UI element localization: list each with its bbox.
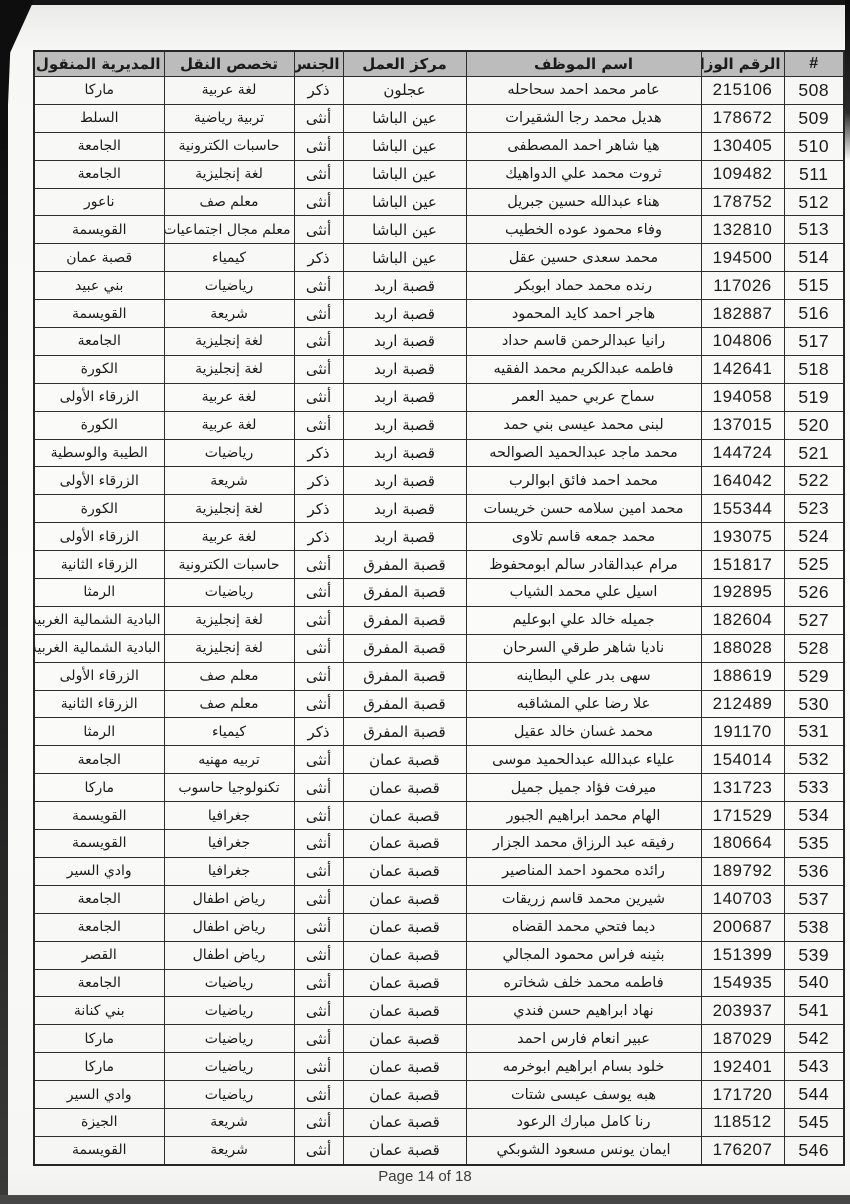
cell-ministry-number: 104806 [701,328,784,356]
table-row: 530212489علا رضا علي المشاقبهقصبة المفرق… [34,690,844,718]
cell-gender: أنثى [294,132,343,160]
cell-work-center: قصبة اربد [343,439,466,467]
cell-gender: أنثى [294,913,343,941]
header-gender: الجنس [294,51,343,77]
cell-gender: أنثى [294,690,343,718]
cell-directorate: الكورة [34,495,164,523]
cell-serial: 523 [784,495,844,523]
scan-edge-bottom [0,1195,850,1204]
cell-gender: أنثى [294,1053,343,1081]
cell-serial: 537 [784,885,844,913]
cell-employee-name: محمد غسان خالد عقيل [466,718,701,746]
cell-gender: أنثى [294,355,343,383]
cell-gender: أنثى [294,802,343,830]
cell-employee-name: رفيقه عبد الرزاق محمد الجزار [466,830,701,858]
cell-gender: ذكر [294,77,343,105]
cell-ministry-number: 118512 [701,1108,784,1136]
cell-directorate: القويسمة [34,300,164,328]
cell-ministry-number: 155344 [701,495,784,523]
table-row: 527182604جميله خالد علي ابوعليمقصبة المف… [34,606,844,634]
cell-specialization: كيمياء [164,718,294,746]
cell-ministry-number: 132810 [701,216,784,244]
cell-specialization: رياضيات [164,969,294,997]
cell-employee-name: وفاء محمود عوده الخطيب [466,216,701,244]
cell-employee-name: رائده محمود احمد المناصير [466,857,701,885]
cell-employee-name: هيا شاهر احمد المصطفى [466,132,701,160]
cell-serial: 524 [784,523,844,551]
cell-gender: أنثى [294,969,343,997]
cell-specialization: جغرافيا [164,802,294,830]
cell-employee-name: محمد جمعه قاسم تلاوى [466,523,701,551]
cell-work-center: عين الباشا [343,244,466,272]
teacher-transfer-table: # الرقم الوزاري اسم الموظف مركز العمل ال… [33,50,845,1166]
cell-specialization: لغة إنجليزية [164,634,294,662]
cell-employee-name: شيرين محمد قاسم زريقات [466,885,701,913]
cell-specialization: رياضيات [164,1053,294,1081]
cell-ministry-number: 200687 [701,913,784,941]
cell-specialization: تكنولوجيا حاسوب [164,774,294,802]
cell-directorate: القويسمة [34,1136,164,1164]
cell-employee-name: محمد سعدى حسين عقل [466,244,701,272]
cell-directorate: الكورة [34,355,164,383]
cell-ministry-number: 187029 [701,1025,784,1053]
cell-ministry-number: 194500 [701,244,784,272]
header-directorate: المديرية المنقول إليها [34,51,164,77]
cell-serial: 516 [784,300,844,328]
cell-employee-name: هديل محمد رجا الشقيرات [466,104,701,132]
scan-corner-top-left [0,0,34,150]
cell-gender: ذكر [294,523,343,551]
cell-employee-name: علا رضا علي المشاقبه [466,690,701,718]
cell-directorate: وادي السير [34,857,164,885]
cell-work-center: عين الباشا [343,216,466,244]
cell-employee-name: محمد امين سلامه حسن خريسات [466,495,701,523]
cell-specialization: معلم صف [164,188,294,216]
cell-work-center: قصبة عمان [343,774,466,802]
cell-gender: أنثى [294,885,343,913]
table-row: 516182887هاجر احمد كايد المحمودقصبة اربد… [34,300,844,328]
cell-gender: أنثى [294,830,343,858]
cell-work-center: عين الباشا [343,132,466,160]
table-row: 534171529الهام محمد ابراهيم الجبورقصبة ع… [34,802,844,830]
cell-work-center: قصبة المفرق [343,634,466,662]
table-row: 545118512رنا كامل مبارك الرعودقصبة عمانأ… [34,1108,844,1136]
cell-work-center: قصبة اربد [343,300,466,328]
cell-serial: 546 [784,1136,844,1164]
cell-specialization: معلم صف [164,662,294,690]
table-row: 523155344محمد امين سلامه حسن خريساتقصبة … [34,495,844,523]
cell-gender: أنثى [294,383,343,411]
cell-directorate: القصر [34,941,164,969]
cell-serial: 538 [784,913,844,941]
cell-serial: 529 [784,662,844,690]
table-row: 522164042محمد احمد فائق ابوالربقصبة اربد… [34,467,844,495]
cell-directorate: الجامعة [34,160,164,188]
cell-work-center: قصبة اربد [343,495,466,523]
cell-serial: 536 [784,857,844,885]
cell-directorate: القويسمة [34,216,164,244]
cell-gender: أنثى [294,551,343,579]
cell-gender: أنثى [294,272,343,300]
cell-serial: 517 [784,328,844,356]
cell-gender: أنثى [294,1108,343,1136]
cell-directorate: الطيبة والوسطية [34,439,164,467]
cell-work-center: قصبة عمان [343,885,466,913]
cell-specialization: رياض اطفال [164,885,294,913]
cell-work-center: قصبة عمان [343,1136,466,1164]
table-row: 519194058سماح عربي حميد العمرقصبة اربدأن… [34,383,844,411]
table-header-row: # الرقم الوزاري اسم الموظف مركز العمل ال… [34,51,844,77]
cell-specialization: شريعة [164,300,294,328]
cell-directorate: الجيزة [34,1108,164,1136]
cell-work-center: قصبة المفرق [343,662,466,690]
cell-work-center: قصبة عمان [343,969,466,997]
table-row: 526192895اسيل علي محمد الشيابقصبة المفرق… [34,579,844,607]
table-row: 543192401خلود بسام ابراهيم ابوخرمهقصبة ع… [34,1053,844,1081]
cell-specialization: تربيه مهنيه [164,746,294,774]
table-row: 536189792رائده محمود احمد المناصيرقصبة ع… [34,857,844,885]
cell-directorate: الزرقاء الثانية [34,690,164,718]
table-row: 514194500محمد سعدى حسين عقلعين الباشاذكر… [34,244,844,272]
cell-specialization: رياضيات [164,1081,294,1109]
cell-specialization: لغة عربية [164,523,294,551]
cell-gender: أنثى [294,1136,343,1164]
table-row: 546176207ايمان يونس مسعود الشوبكيقصبة عم… [34,1136,844,1164]
cell-employee-name: سماح عربي حميد العمر [466,383,701,411]
cell-serial: 532 [784,746,844,774]
cell-directorate: الزرقاء الثانية [34,551,164,579]
cell-specialization: رياضيات [164,272,294,300]
cell-gender: أنثى [294,160,343,188]
cell-directorate: الرمثا [34,718,164,746]
cell-directorate: الجامعة [34,913,164,941]
cell-serial: 511 [784,160,844,188]
cell-serial: 508 [784,77,844,105]
cell-serial: 510 [784,132,844,160]
cell-directorate: البادية الشمالية الغربية [34,634,164,662]
cell-work-center: قصبة اربد [343,328,466,356]
cell-serial: 544 [784,1081,844,1109]
cell-employee-name: هبه يوسف عيسى شتات [466,1081,701,1109]
table-row: 525151817مرام عبدالقادر سالم ابومحفوظقصب… [34,551,844,579]
cell-gender: ذكر [294,467,343,495]
cell-ministry-number: 154014 [701,746,784,774]
table-row: 515117026رنده محمد حماد ابوبكرقصبة اربدأ… [34,272,844,300]
cell-ministry-number: 188619 [701,662,784,690]
cell-employee-name: ميرفت فؤاد جميل جميل [466,774,701,802]
cell-ministry-number: 164042 [701,467,784,495]
cell-directorate: ماركا [34,1053,164,1081]
cell-serial: 519 [784,383,844,411]
cell-work-center: قصبة عمان [343,1053,466,1081]
cell-work-center: قصبة اربد [343,272,466,300]
cell-serial: 522 [784,467,844,495]
cell-employee-name: مرام عبدالقادر سالم ابومحفوظ [466,551,701,579]
cell-ministry-number: 142641 [701,355,784,383]
cell-specialization: كيمياء [164,244,294,272]
cell-gender: ذكر [294,244,343,272]
cell-ministry-number: 176207 [701,1136,784,1164]
cell-gender: أنثى [294,1025,343,1053]
table-row: 541203937نهاد ابراهيم حسن فنديقصبة عمانأ… [34,997,844,1025]
table-row: 509178672هديل محمد رجا الشقيراتعين الباش… [34,104,844,132]
cell-gender: أنثى [294,634,343,662]
cell-directorate: ناعور [34,188,164,216]
cell-specialization: لغة إنجليزية [164,328,294,356]
cell-serial: 515 [784,272,844,300]
cell-serial: 514 [784,244,844,272]
cell-ministry-number: 171529 [701,802,784,830]
cell-directorate: ماركا [34,774,164,802]
cell-gender: ذكر [294,439,343,467]
cell-specialization: رياضيات [164,1025,294,1053]
cell-work-center: قصبة المفرق [343,551,466,579]
table-row: 540154935فاطمه محمد خلف شخاترهقصبة عمانأ… [34,969,844,997]
cell-specialization: رياضيات [164,439,294,467]
cell-specialization: رياض اطفال [164,941,294,969]
cell-serial: 539 [784,941,844,969]
cell-work-center: قصبة عمان [343,941,466,969]
cell-specialization: جغرافيا [164,830,294,858]
cell-serial: 509 [784,104,844,132]
cell-ministry-number: 194058 [701,383,784,411]
cell-directorate: بني عبيد [34,272,164,300]
cell-specialization: جغرافيا [164,857,294,885]
cell-ministry-number: 192895 [701,579,784,607]
header-work-center: مركز العمل [343,51,466,77]
cell-gender: أنثى [294,188,343,216]
table-row: 510130405هيا شاهر احمد المصطفىعين الباشا… [34,132,844,160]
cell-gender: أنثى [294,328,343,356]
cell-employee-name: جميله خالد علي ابوعليم [466,606,701,634]
cell-ministry-number: 215106 [701,77,784,105]
cell-serial: 527 [784,606,844,634]
table-row: 537140703شيرين محمد قاسم زريقاتقصبة عمان… [34,885,844,913]
cell-work-center: قصبة عمان [343,1108,466,1136]
cell-gender: أنثى [294,941,343,969]
cell-employee-name: رانيا عبدالرحمن قاسم حداد [466,328,701,356]
cell-gender: ذكر [294,495,343,523]
cell-serial: 521 [784,439,844,467]
table-row: 544171720هبه يوسف عيسى شتاتقصبة عمانأنثى… [34,1081,844,1109]
cell-ministry-number: 189792 [701,857,784,885]
cell-specialization: شريعة [164,1108,294,1136]
table-row: 508215106عامر محمد احمد سحاحلهعجلونذكرلغ… [34,77,844,105]
table-row: 518142641فاطمه عبدالكريم محمد الفقيهقصبة… [34,355,844,383]
cell-serial: 534 [784,802,844,830]
cell-ministry-number: 109482 [701,160,784,188]
table-row: 511109482ثروت محمد علي الدواهيكعين الباش… [34,160,844,188]
cell-directorate: البادية الشمالية الغربية [34,606,164,634]
scan-edge-left [0,0,8,1204]
cell-work-center: قصبة عمان [343,913,466,941]
cell-employee-name: ايمان يونس مسعود الشوبكي [466,1136,701,1164]
cell-directorate: القويسمة [34,830,164,858]
table-row: 512178752هناء عبدالله حسين جبريلعين البا… [34,188,844,216]
cell-ministry-number: 151399 [701,941,784,969]
cell-specialization: لغة عربية [164,77,294,105]
table-row: 532154014علياء عبدالله عبدالحميد موسىقصب… [34,746,844,774]
cell-directorate: الزرقاء الأولى [34,383,164,411]
cell-specialization: شريعة [164,467,294,495]
table-row: 517104806رانيا عبدالرحمن قاسم حدادقصبة ا… [34,328,844,356]
cell-ministry-number: 182604 [701,606,784,634]
cell-specialization: لغة إنجليزية [164,160,294,188]
cell-gender: أنثى [294,216,343,244]
cell-gender: أنثى [294,606,343,634]
cell-gender: أنثى [294,662,343,690]
cell-gender: أنثى [294,104,343,132]
cell-employee-name: اسيل علي محمد الشياب [466,579,701,607]
cell-serial: 545 [784,1108,844,1136]
table-row: 520137015لبنى محمد عيسى بني حمدقصبة اربد… [34,411,844,439]
cell-specialization: رياضيات [164,579,294,607]
cell-gender: ذكر [294,718,343,746]
cell-directorate: الزرقاء الأولى [34,467,164,495]
cell-directorate: بني كنانة [34,997,164,1025]
cell-work-center: عين الباشا [343,188,466,216]
cell-gender: أنثى [294,1081,343,1109]
cell-work-center: قصبة عمان [343,857,466,885]
cell-serial: 541 [784,997,844,1025]
cell-specialization: لغة إنجليزية [164,606,294,634]
cell-employee-name: الهام محمد ابراهيم الجبور [466,802,701,830]
cell-specialization: رياضيات [164,997,294,1025]
cell-employee-name: ديما فتحي محمد القضاه [466,913,701,941]
cell-ministry-number: 144724 [701,439,784,467]
cell-serial: 535 [784,830,844,858]
table-row: 539151399بثينه فراس محمود المجاليقصبة عم… [34,941,844,969]
cell-work-center: قصبة اربد [343,467,466,495]
cell-work-center: قصبة عمان [343,1025,466,1053]
cell-serial: 513 [784,216,844,244]
table-row: 513132810وفاء محمود عوده الخطيبعين الباش… [34,216,844,244]
cell-serial: 542 [784,1025,844,1053]
cell-work-center: عين الباشا [343,160,466,188]
cell-work-center: قصبة اربد [343,383,466,411]
cell-employee-name: فاطمه عبدالكريم محمد الفقيه [466,355,701,383]
cell-employee-name: لبنى محمد عيسى بني حمد [466,411,701,439]
cell-specialization: معلم مجال اجتماعيات [164,216,294,244]
cell-gender: أنثى [294,300,343,328]
cell-employee-name: محمد احمد فائق ابوالرب [466,467,701,495]
cell-directorate: الجامعة [34,328,164,356]
cell-serial: 540 [784,969,844,997]
cell-directorate: الزرقاء الأولى [34,662,164,690]
cell-work-center: قصبة عمان [343,1081,466,1109]
table-row: 531191170محمد غسان خالد عقيلقصبة المفرقذ… [34,718,844,746]
table-row: 535180664رفيقه عبد الرزاق محمد الجزارقصب… [34,830,844,858]
cell-specialization: لغة عربية [164,411,294,439]
cell-work-center: قصبة عمان [343,830,466,858]
cell-employee-name: نهاد ابراهيم حسن فندي [466,997,701,1025]
table-row: 538200687ديما فتحي محمد القضاهقصبة عمانأ… [34,913,844,941]
cell-ministry-number: 140703 [701,885,784,913]
cell-gender: أنثى [294,857,343,885]
cell-serial: 525 [784,551,844,579]
cell-employee-name: رنده محمد حماد ابوبكر [466,272,701,300]
cell-ministry-number: 182887 [701,300,784,328]
cell-employee-name: ناديا شاهر طرقي السرحان [466,634,701,662]
cell-work-center: قصبة المفرق [343,690,466,718]
cell-serial: 518 [784,355,844,383]
table-row: 521144724محمد ماجد عبدالحميد الصوالحهقصب… [34,439,844,467]
cell-ministry-number: 178752 [701,188,784,216]
scan-edge-top [0,0,850,5]
cell-serial: 520 [784,411,844,439]
cell-ministry-number: 154935 [701,969,784,997]
cell-employee-name: هناء عبدالله حسين جبريل [466,188,701,216]
cell-ministry-number: 191170 [701,718,784,746]
cell-ministry-number: 203937 [701,997,784,1025]
cell-employee-name: رنا كامل مبارك الرعود [466,1108,701,1136]
cell-serial: 528 [784,634,844,662]
cell-serial: 531 [784,718,844,746]
header-serial: # [784,51,844,77]
cell-ministry-number: 188028 [701,634,784,662]
cell-employee-name: عبير انعام فارس احمد [466,1025,701,1053]
cell-ministry-number: 117026 [701,272,784,300]
table-row: 524193075محمد جمعه قاسم تلاوىقصبة اربدذك… [34,523,844,551]
cell-serial: 512 [784,188,844,216]
cell-employee-name: ثروت محمد علي الدواهيك [466,160,701,188]
cell-directorate: الجامعة [34,132,164,160]
cell-work-center: قصبة عمان [343,997,466,1025]
cell-employee-name: هاجر احمد كايد المحمود [466,300,701,328]
cell-work-center: قصبة عمان [343,746,466,774]
cell-employee-name: سهى بدر علي البطاينه [466,662,701,690]
table-row: 542187029عبير انعام فارس احمدقصبة عمانأن… [34,1025,844,1053]
cell-employee-name: بثينه فراس محمود المجالي [466,941,701,969]
header-employee-name: اسم الموظف [466,51,701,77]
cell-directorate: ماركا [34,1025,164,1053]
cell-directorate: الجامعة [34,969,164,997]
cell-work-center: قصبة المفرق [343,606,466,634]
cell-serial: 533 [784,774,844,802]
cell-gender: أنثى [294,411,343,439]
cell-employee-name: عامر محمد احمد سحاحله [466,77,701,105]
table-row: 528188028ناديا شاهر طرقي السرحانقصبة الم… [34,634,844,662]
cell-employee-name: محمد ماجد عبدالحميد الصوالحه [466,439,701,467]
cell-directorate: ماركا [34,77,164,105]
cell-ministry-number: 180664 [701,830,784,858]
cell-work-center: قصبة المفرق [343,579,466,607]
cell-gender: أنثى [294,579,343,607]
cell-work-center: عين الباشا [343,104,466,132]
header-ministry-number: الرقم الوزاري [701,51,784,77]
cell-ministry-number: 212489 [701,690,784,718]
cell-directorate: الجامعة [34,746,164,774]
cell-work-center: عجلون [343,77,466,105]
cell-employee-name: علياء عبدالله عبدالحميد موسى [466,746,701,774]
header-specialization: تخصص النقل [164,51,294,77]
cell-ministry-number: 130405 [701,132,784,160]
cell-work-center: قصبة اربد [343,523,466,551]
cell-work-center: قصبة اربد [343,355,466,383]
cell-specialization: حاسبات الكترونية [164,132,294,160]
cell-ministry-number: 137015 [701,411,784,439]
page-footer: Page 14 of 18 [0,1168,850,1185]
cell-serial: 530 [784,690,844,718]
cell-serial: 526 [784,579,844,607]
cell-specialization: لغة إنجليزية [164,495,294,523]
cell-ministry-number: 151817 [701,551,784,579]
cell-directorate: الزرقاء الأولى [34,523,164,551]
cell-gender: أنثى [294,746,343,774]
cell-ministry-number: 131723 [701,774,784,802]
cell-specialization: شريعة [164,1136,294,1164]
cell-gender: أنثى [294,997,343,1025]
